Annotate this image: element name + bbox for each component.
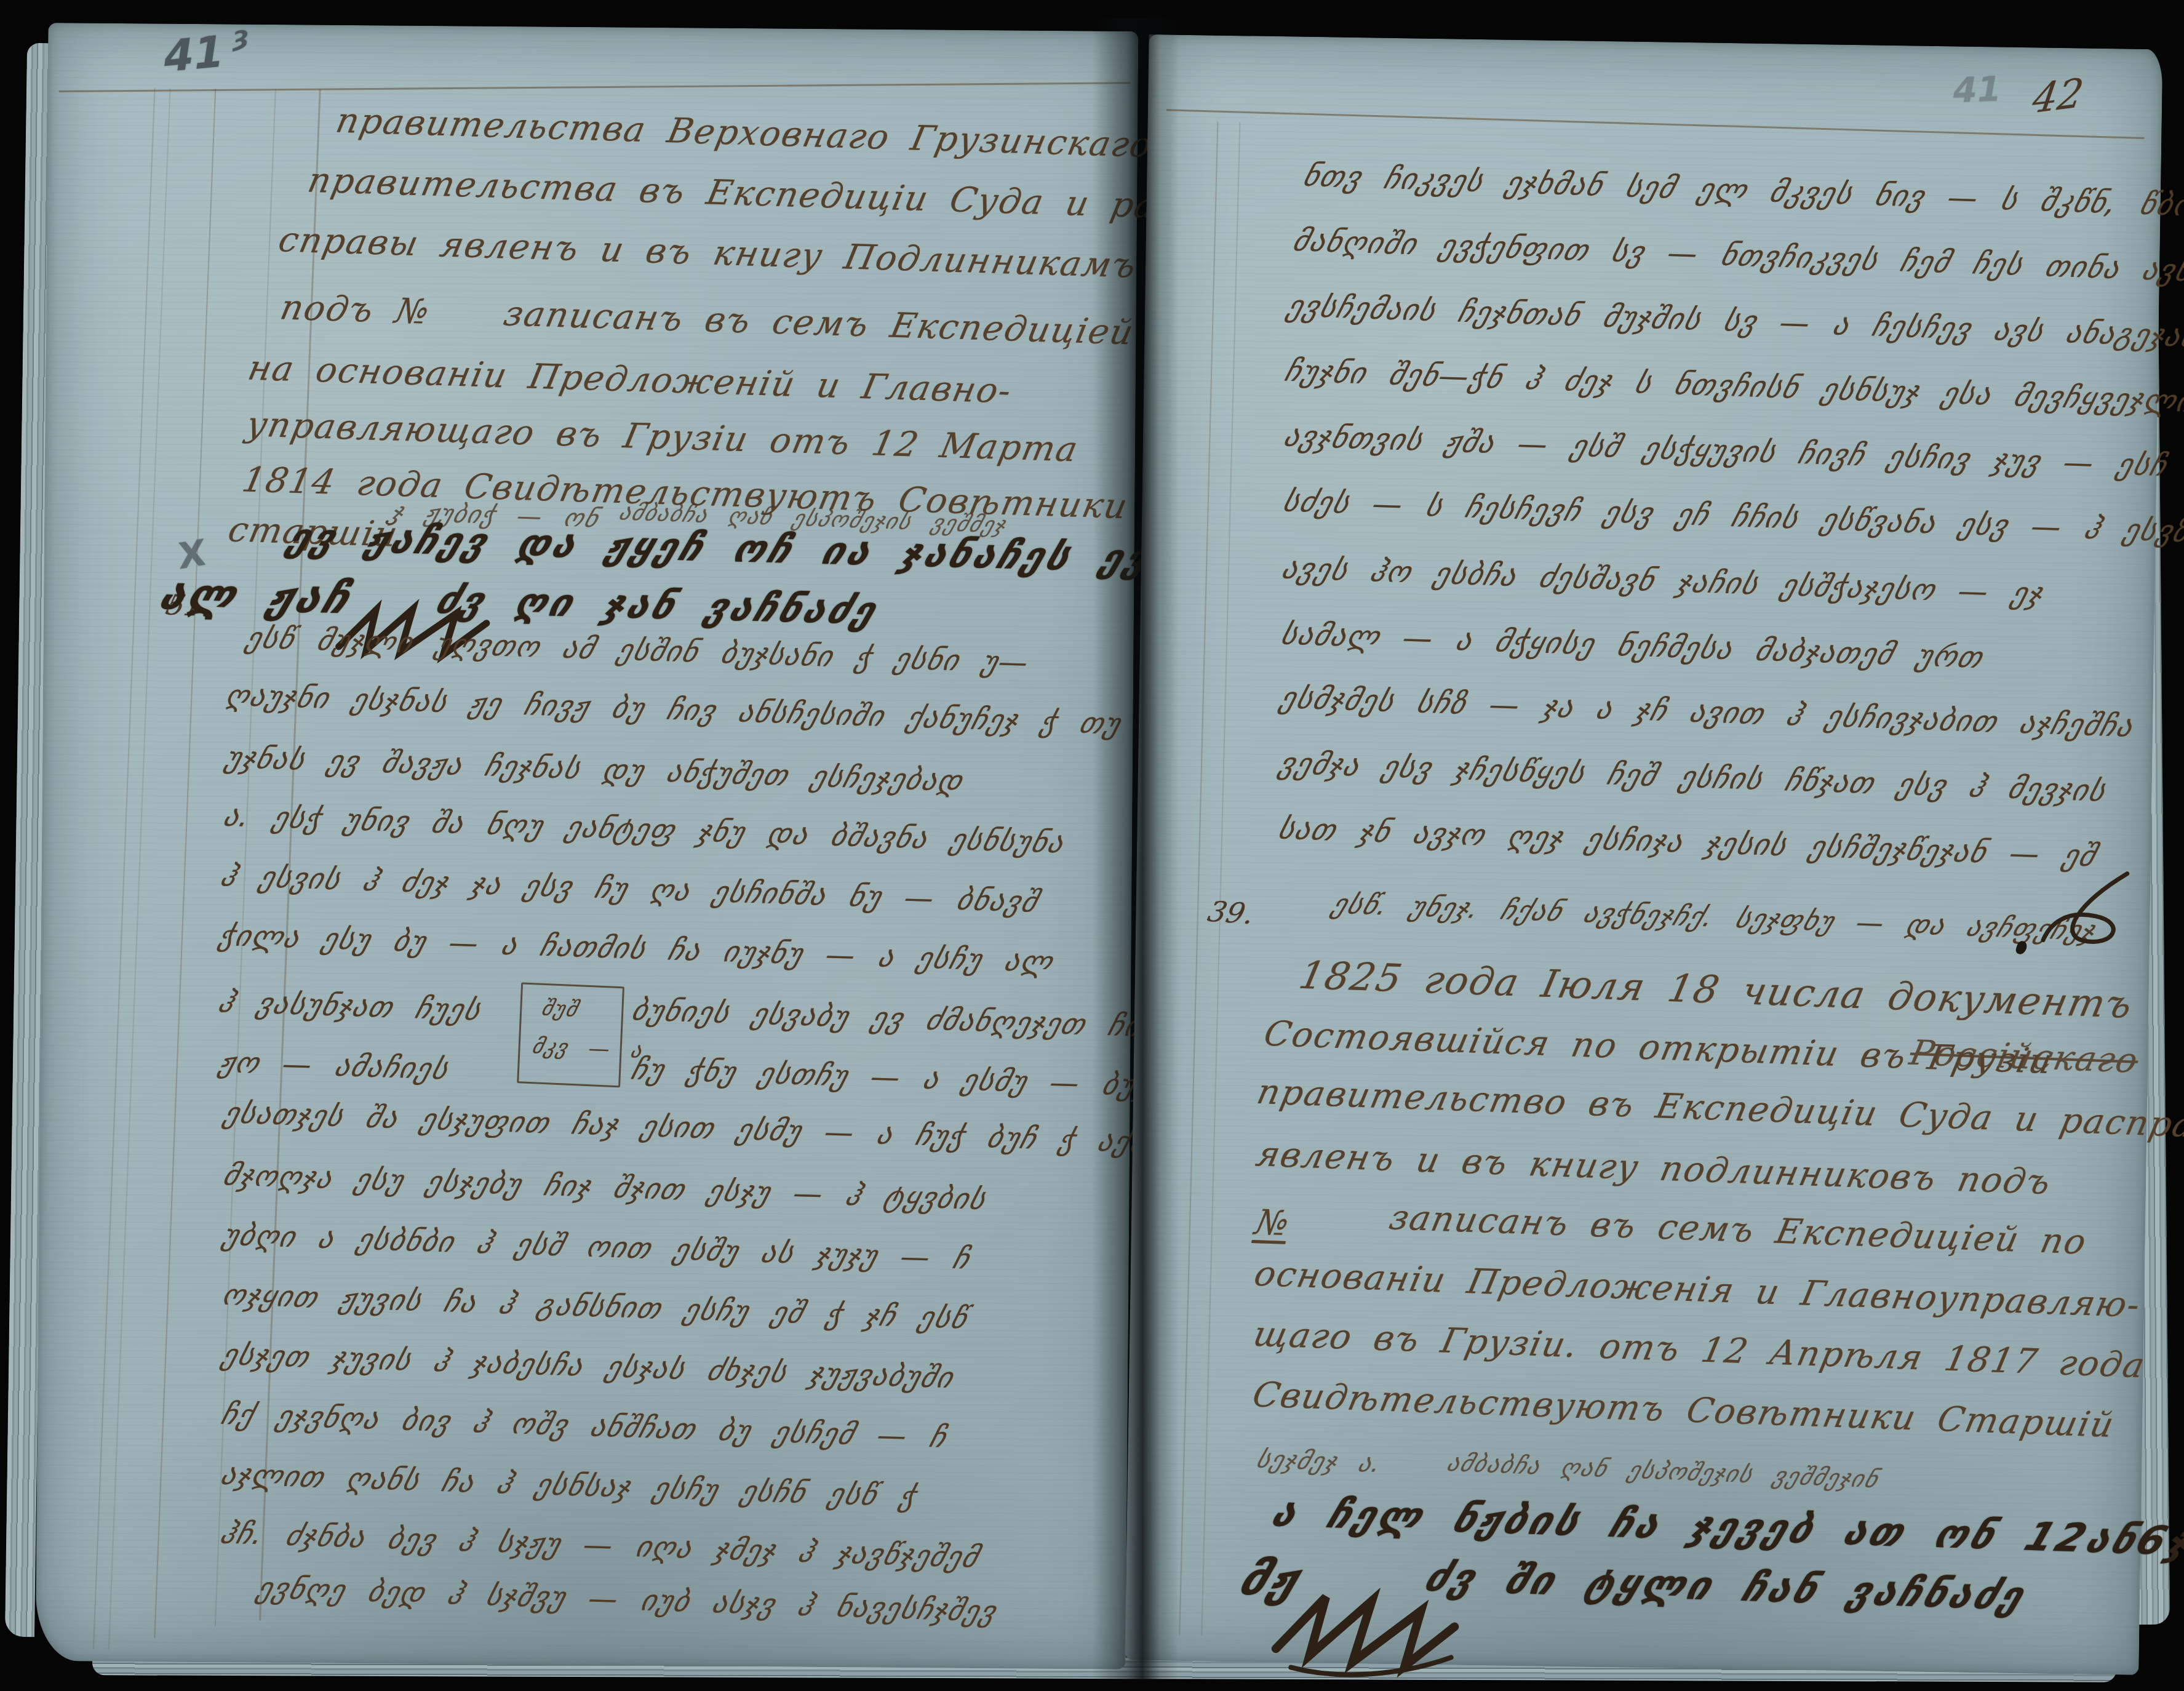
right-page: 4142 39. ნთვ ჩიკვეს ეჯხმან სემ ელ მკვეს … — [1125, 34, 2162, 1675]
inset-note-line: შუშ — [539, 996, 581, 1022]
ink-flourish — [1266, 1587, 1464, 1682]
signature-block: ა ჩელ ნჟბის ჩა ჯევებ ათ ონ 12ან6ჯ ა ჯეშე… — [1125, 34, 2162, 1675]
book-gutter-shadow — [1093, 18, 1179, 1680]
left-page: 41ȝ X51. правительства Верховнаго Грузин… — [36, 23, 1139, 1669]
manuscript-scan: 41ȝ X51. правительства Верховнаго Грузин… — [0, 0, 2184, 1691]
inset-note-line: მკვ — ა — [529, 1034, 645, 1063]
inset-note-block: შუშმკვ — ა — [36, 23, 1139, 1669]
georgian-signature-line: ა ჩელ ნჟბის ჩა ჯევებ ათ ონ 12ან6ჯ ა ჯეშე… — [1265, 1490, 2184, 1572]
georgian-signature-line: ძვ ში ტყლი ჩან ვაჩნაძე — [1418, 1555, 2033, 1620]
